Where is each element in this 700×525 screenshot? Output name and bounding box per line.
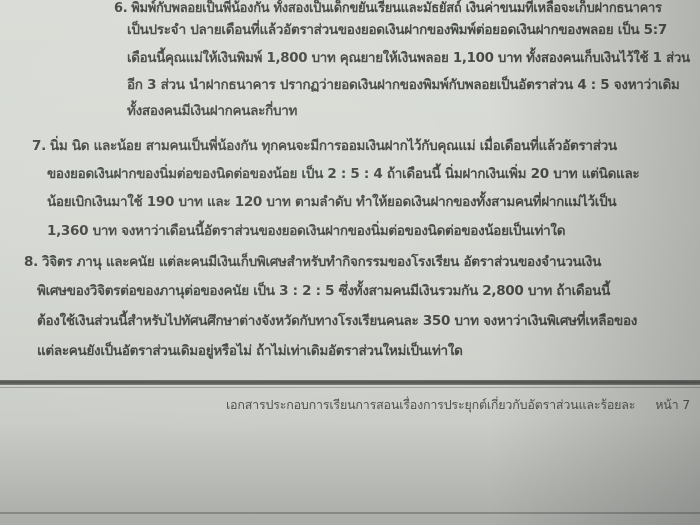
problem-text: วิจิตร ภานุ และคนัย แต่ละคนมีเงินเก็บพิเ… bbox=[42, 254, 601, 270]
problem-7-line-2: ของยอดเงินฝากของนิ่มต่อของนิดต่อของน้อย … bbox=[47, 162, 639, 184]
footer-divider bbox=[0, 380, 700, 385]
problem-6-line-1: 6.พิมพ์กับพลอยเป็นพี่น้องกัน ทั้งสองเป็น… bbox=[114, 0, 690, 18]
problem-number: 6. bbox=[114, 0, 127, 16]
problem-number: 8. bbox=[24, 254, 38, 270]
paper-edge bbox=[0, 512, 700, 514]
problem-6-line-4: อีก 3 ส่วน นำฝากธนาคาร ปรากฏว่ายอดเงินฝา… bbox=[127, 73, 680, 95]
problem-number: 7. bbox=[32, 138, 46, 154]
problem-8-line-3: ต้องใช้เงินส่วนนี้สำหรับไปทัศนศึกษาต่างจ… bbox=[37, 309, 637, 331]
problem-6-line-5: ทั้งสองคนมีเงินฝากคนละกี่บาท bbox=[127, 99, 297, 121]
problem-7-line-1: 7.นิ่ม นิด และน้อย สามคนเป็นพี่น้องกัน ท… bbox=[32, 134, 617, 156]
footer-divider-thin bbox=[0, 387, 700, 388]
page-number: หน้า 7 bbox=[655, 397, 690, 412]
footer-title: เอกสารประกอบการเรียนการสอนเรื่องการประยุ… bbox=[226, 397, 635, 412]
problem-8-line-1: 8.วิจิตร ภานุ และคนัย แต่ละคนมีเงินเก็บพ… bbox=[24, 250, 601, 272]
problem-text: นิ่ม นิด และน้อย สามคนเป็นพี่น้องกัน ทุก… bbox=[50, 138, 617, 154]
problem-6-line-2: เป็นประจำ ปลายเดือนที่แล้วอัตราส่วนของยอ… bbox=[127, 18, 667, 40]
problem-text: พิมพ์กับพลอยเป็นพี่น้องกัน ทั้งสองเป็นเด… bbox=[131, 0, 661, 16]
problem-8-line-4: แต่ละคนยังเป็นอัตราส่วนเดิมอยู่หรือไม่ ถ… bbox=[37, 339, 463, 361]
problem-8-line-2: พิเศษของวิจิตรต่อของภานุต่อของคนัย เป็น … bbox=[37, 279, 610, 301]
problem-6-line-3: เดือนนี้คุณแม่ให้เงินพิมพ์ 1,800 บาท คุณ… bbox=[127, 46, 690, 68]
problem-7-line-4: 1,360 บาท จงหาว่าเดือนนี้อัตราส่วนของยอด… bbox=[47, 219, 565, 241]
page-footer: เอกสารประกอบการเรียนการสอนเรื่องการประยุ… bbox=[226, 395, 690, 415]
problem-7-line-3: น้อยเบิกเงินมาใช้ 190 บาท และ 120 บาท ตา… bbox=[47, 190, 616, 212]
worksheet-page: 6.พิมพ์กับพลอยเป็นพี่น้องกัน ทั้งสองเป็น… bbox=[0, 0, 700, 525]
